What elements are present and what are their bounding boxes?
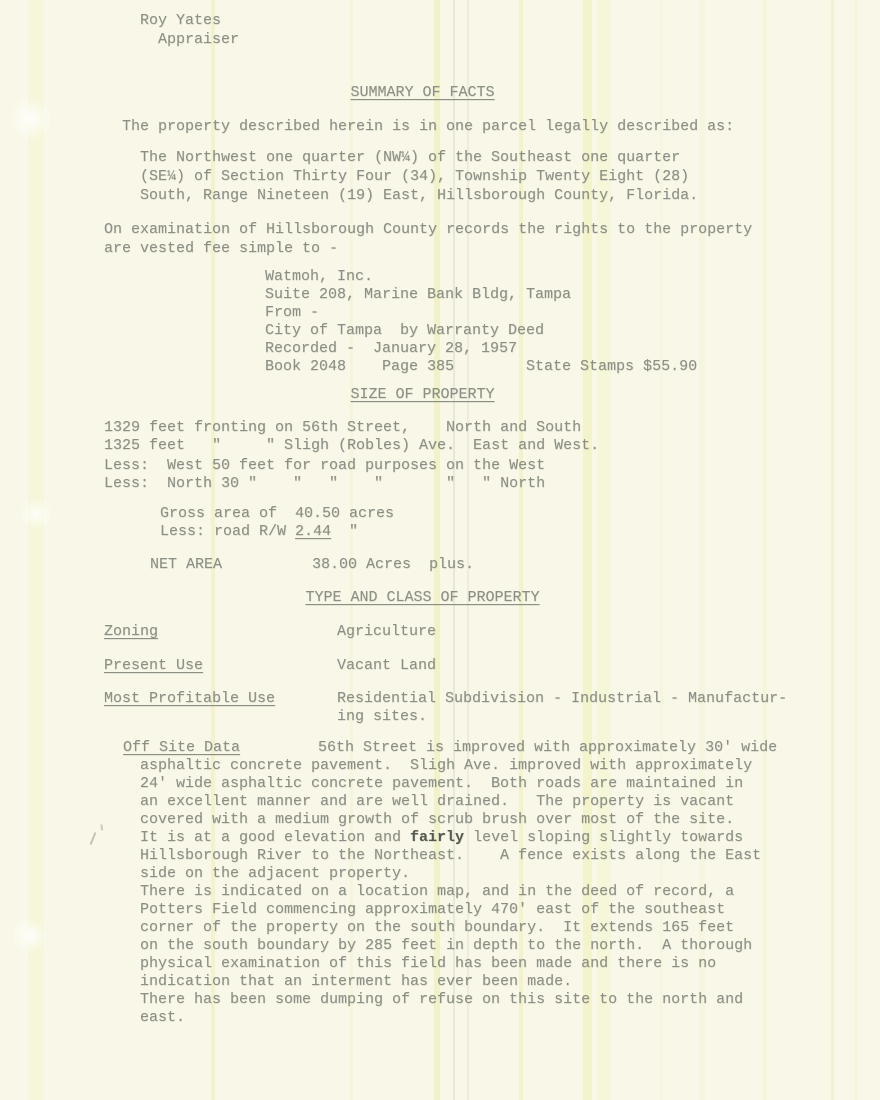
frontage-line: 1329 feet fronting on 56th Street, North… <box>104 419 581 437</box>
road-rw-value: 2.44 <box>295 523 331 540</box>
summary-heading: SUMMARY OF FACTS <box>0 84 845 102</box>
off-site-line: east. <box>140 1009 185 1027</box>
off-site-line: There is indicated on a location map, an… <box>140 883 734 901</box>
off-site-line: asphaltic concrete pavement. Sligh Ave. … <box>140 757 752 775</box>
road-rw-prefix: Less: road R/W <box>160 523 295 540</box>
type-class-heading-text: TYPE AND CLASS OF PROPERTY <box>305 589 539 606</box>
present-use-label: Present Use <box>104 657 203 675</box>
off-site-line: covered with a medium growth of scrub br… <box>140 811 734 829</box>
summary-heading-text: SUMMARY OF FACTS <box>350 84 494 101</box>
frontage-line: 1325 feet " " Sligh (Robles) Ave. East a… <box>104 437 599 455</box>
off-site-line: side on the adjacent property. <box>140 865 410 883</box>
elevation-prefix: It is at a good elevation and <box>140 829 410 846</box>
examination-line: are vested fee simple to - <box>104 240 338 258</box>
profitable-use-label: Most Profitable Use <box>104 690 275 708</box>
vesting-line: Suite 208, Marine Bank Bldg, Tampa <box>265 286 571 304</box>
vesting-line: From - <box>265 304 319 322</box>
size-heading: SIZE OF PROPERTY <box>0 386 845 404</box>
appraiser-name: Roy Yates <box>140 12 221 30</box>
vesting-line: Watmoh, Inc. <box>265 268 373 286</box>
profitable-use-value-cont: ing sites. <box>337 708 427 726</box>
pencil-mark <box>90 832 97 845</box>
off-site-line: 56th Street is improved with approximate… <box>318 739 777 757</box>
type-class-heading: TYPE AND CLASS OF PROPERTY <box>0 589 845 607</box>
frontage-line: Less: West 50 feet for road purposes on … <box>104 457 545 475</box>
road-rw-suffix: " <box>331 523 358 540</box>
off-site-line: indication that an interment has ever be… <box>140 973 572 991</box>
legal-description-line: (SE¼) of Section Thirty Four (34), Towns… <box>140 168 689 186</box>
off-site-label: Off Site Data <box>123 739 240 757</box>
net-area-line: NET AREA 38.00 Acres plus. <box>150 556 474 574</box>
appraiser-title: Appraiser <box>158 31 239 49</box>
vesting-line: Book 2048 Page 385 State Stamps $55.90 <box>265 358 697 376</box>
present-use-value: Vacant Land <box>337 657 436 675</box>
summary-intro: The property described herein is in one … <box>122 118 734 136</box>
zoning-label: Zoning <box>104 623 158 641</box>
paper-crease <box>831 0 834 1100</box>
off-site-line: Hillsborough River to the Northeast. A f… <box>140 847 761 865</box>
document-page: Roy Yates Appraiser SUMMARY OF FACTS The… <box>0 0 880 1100</box>
paper-spot <box>20 498 52 530</box>
zoning-value: Agriculture <box>337 623 436 641</box>
elevation-emphasis: fairly <box>410 829 464 846</box>
off-site-line: Potters Field commencing approximately 4… <box>140 901 725 919</box>
off-site-line: on the south boundary by 285 feet in dep… <box>140 937 752 955</box>
vesting-line: City of Tampa by Warranty Deed <box>265 322 544 340</box>
off-site-line: physical examination of this field has b… <box>140 955 716 973</box>
paper-crease <box>763 0 767 1100</box>
legal-description-line: The Northwest one quarter (NW¼) of the S… <box>140 149 680 167</box>
off-site-line: 24' wide asphaltic concrete pavement. Bo… <box>140 775 743 793</box>
gross-area-line: Gross area of 40.50 acres <box>160 505 394 523</box>
size-heading-text: SIZE OF PROPERTY <box>350 386 494 403</box>
vesting-line: Recorded - January 28, 1957 <box>265 340 517 358</box>
off-site-line: It is at a good elevation and fairly lev… <box>140 829 743 847</box>
off-site-line: an excellent manner and are well drained… <box>140 793 734 811</box>
elevation-suffix: level sloping slightly towards <box>464 829 743 846</box>
road-rw-line: Less: road R/W 2.44 " <box>160 523 358 541</box>
legal-description-line: South, Range Nineteen (19) East, Hillsbo… <box>140 187 698 205</box>
examination-line: On examination of Hillsborough County re… <box>104 221 752 239</box>
off-site-line: There has been some dumping of refuse on… <box>140 991 743 1009</box>
paper-crease <box>855 0 857 1100</box>
profitable-use-value: Residential Subdivision - Industrial - M… <box>337 690 787 708</box>
off-site-line: corner of the property on the south boun… <box>140 919 734 937</box>
frontage-line: Less: North 30 " " " " " " North <box>104 475 545 493</box>
paper-spot <box>12 918 48 954</box>
paper-spot <box>10 96 52 142</box>
